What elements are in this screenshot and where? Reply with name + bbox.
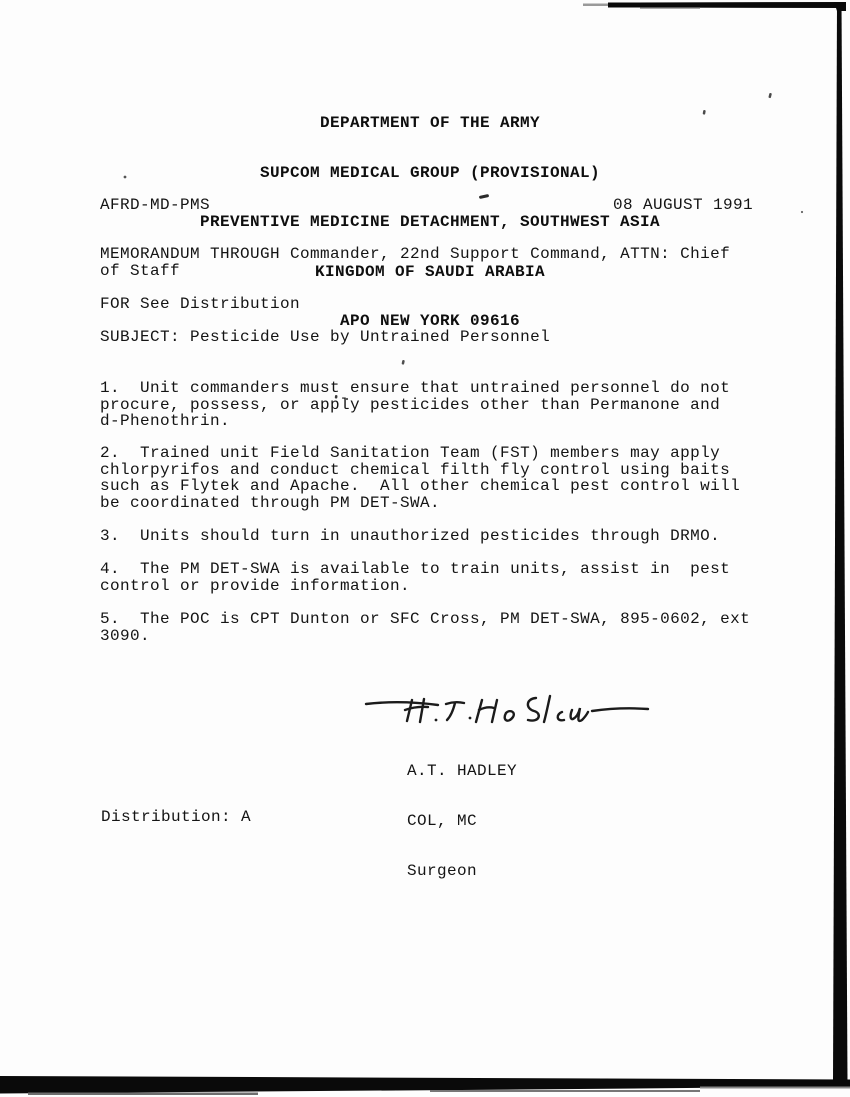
signature-overline-stroke — [366, 702, 438, 705]
scan-speck — [768, 93, 772, 98]
scan-speck — [801, 211, 803, 213]
letterhead-line-detachment: PREVENTIVE MEDICINE DETACHMENT, SOUTHWES… — [100, 214, 760, 231]
signature-trailing-dash — [592, 708, 648, 711]
paragraph-3: 3. Units should turn in unauthorized pes… — [100, 528, 720, 545]
scan-right-line — [833, 3, 848, 1082]
office-symbol: AFRD-MD-PMS — [100, 197, 210, 214]
paragraph-5: 5. The POC is CPT Dunton or SFC Cross, P… — [100, 611, 750, 644]
scan-top-line-gray — [583, 4, 611, 7]
signature-name: A.T. HADLEY — [407, 763, 517, 780]
paragraph-2: 2. Trained unit Field Sanitation Team (F… — [100, 445, 740, 511]
signature-title: Surgeon — [407, 863, 517, 880]
letterhead-line-department: DEPARTMENT OF THE ARMY — [100, 115, 760, 132]
signature-block: A.T. HADLEY COL, MC Surgeon — [407, 730, 517, 913]
signature-rank: COL, MC — [407, 813, 517, 830]
letterhead: DEPARTMENT OF THE ARMY SUPCOM MEDICAL GR… — [100, 82, 760, 363]
paragraph-1: 1. Unit commanders must ensure that untr… — [100, 380, 730, 430]
scan-bottom-bar — [0, 1076, 850, 1094]
distribution-line: Distribution: A — [101, 809, 251, 826]
date: 08 AUGUST 1991 — [613, 197, 753, 214]
scan-corner — [834, 2, 846, 11]
paragraph-4: 4. The PM DET-SWA is available to train … — [100, 561, 730, 594]
scanned-memo-page: DEPARTMENT OF THE ARMY SUPCOM MEDICAL GR… — [0, 0, 850, 1097]
subject-line: SUBJECT: Pesticide Use by Untrained Pers… — [100, 329, 550, 346]
memorandum-through-line: MEMORANDUM THROUGH Commander, 22nd Suppo… — [100, 246, 730, 279]
letterhead-line-group: SUPCOM MEDICAL GROUP (PROVISIONAL) — [100, 165, 760, 182]
for-line: FOR See Distribution — [100, 296, 300, 313]
scan-top-line — [608, 2, 846, 8]
